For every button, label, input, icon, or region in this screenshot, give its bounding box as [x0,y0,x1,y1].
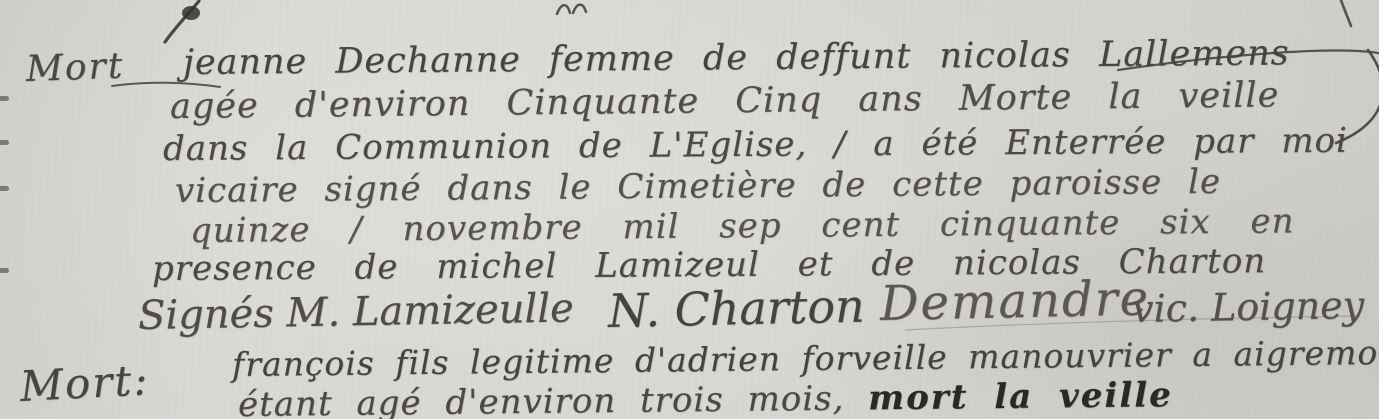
signature-demandre: Demandre [879,274,1150,328]
ink-smudge [182,6,200,20]
scan-edge-mark [0,268,9,273]
manuscript-line: agée d'environ Cinquante Cinq ans Morte … [170,78,1280,125]
manuscript-line: jeanne Dechanne femme de deffunt nicolas… [183,36,1290,81]
margin-note-mort-top: Mort [25,49,124,88]
scan-edge-mark [0,140,9,145]
scan-edge-mark [0,96,9,101]
manuscript-line: vicaire signé dans le Cimetière de cette… [175,165,1221,208]
margin-note-mort-bottom: Mort: [19,359,150,408]
parish-register-scan: Mort Mort: jeanne Dechanne femme de deff… [0,0,1379,419]
signature-mention: Signés M. Lamizeulle [138,288,574,336]
signature-vicaire-title: vic. Loigney [1132,286,1365,328]
manuscript-line-fragment: étant agé d'environ trois mois, [238,379,845,419]
signature-charton: N. Charton [608,283,866,334]
manuscript-emphasis-mort: mort la veille [868,375,1173,418]
manuscript-line: françois fils legitime d'adrien forveill… [232,336,1379,381]
scan-edge-mark [0,186,9,191]
manuscript-line: étant agé d'environ trois mois, mort la … [238,378,1173,419]
manuscript-line: dans la Communion de L'Eglise, / a été E… [163,124,1348,166]
